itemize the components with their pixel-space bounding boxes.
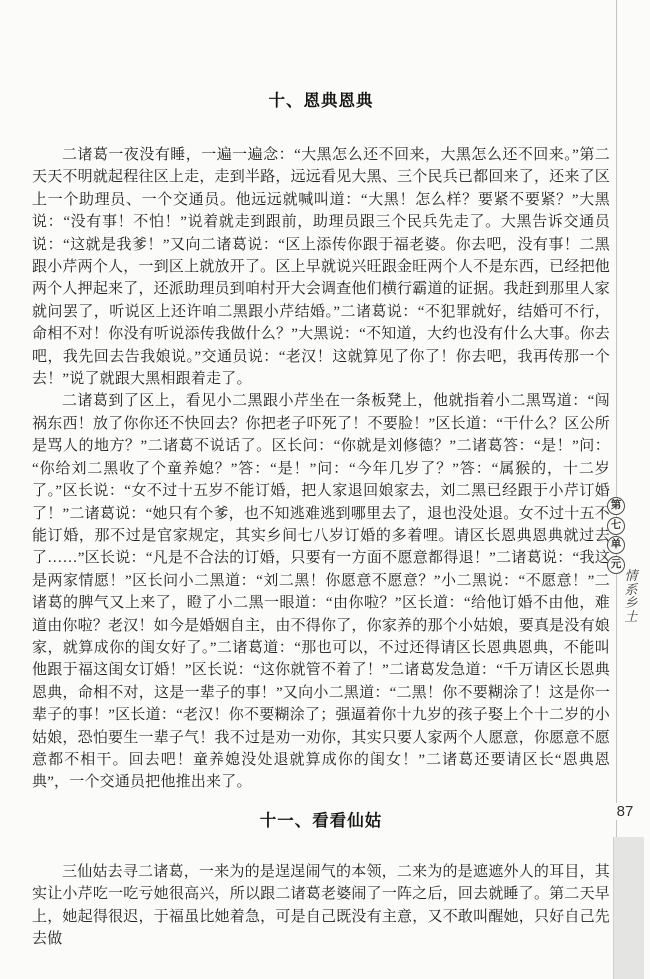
paragraph: 二诸葛到了区上，看见小二黑跟小芹坐在一条板凳上，他就指着小二黑骂道：“闯祸东西！… — [32, 390, 610, 793]
unit-badge-char: 第 — [607, 497, 625, 515]
text-column: 十、恩典恩典 二诸葛一夜没有睡，一遍一遍念：“大黑怎么还不回来，大黑怎么还不回来… — [32, 0, 610, 950]
series-label-char: 情 — [624, 570, 637, 583]
series-label: 情 系 乡 土 — [623, 570, 639, 623]
section-title-chapter-10: 十、恩典恩典 — [32, 92, 610, 110]
series-label-char: 土 — [624, 611, 637, 624]
book-page: 十、恩典恩典 二诸葛一夜没有睡，一遍一遍念：“大黑怎么还不回来，大黑怎么还不回来… — [0, 0, 650, 979]
unit-label: 第 七 单 元 — [607, 497, 625, 574]
page-edge-bar — [613, 837, 644, 979]
paragraph: 三仙姑去寻二诸葛，一来为的是逞逞闹气的本领，二来为的是遮遮外人的耳目，其实让小芹… — [32, 861, 610, 951]
page-number: 87 — [612, 803, 638, 820]
paragraph: 二诸葛一夜没有睡，一遍一遍念：“大黑怎么还不回来，大黑怎么还不回来。”第二天天不… — [32, 144, 610, 390]
series-label-char: 乡 — [624, 597, 637, 610]
margin-rule — [616, 0, 617, 979]
section-title-chapter-11: 十一、看看仙姑 — [32, 812, 610, 830]
unit-badge-char: 单 — [607, 536, 625, 554]
unit-badge-char: 七 — [607, 517, 625, 535]
